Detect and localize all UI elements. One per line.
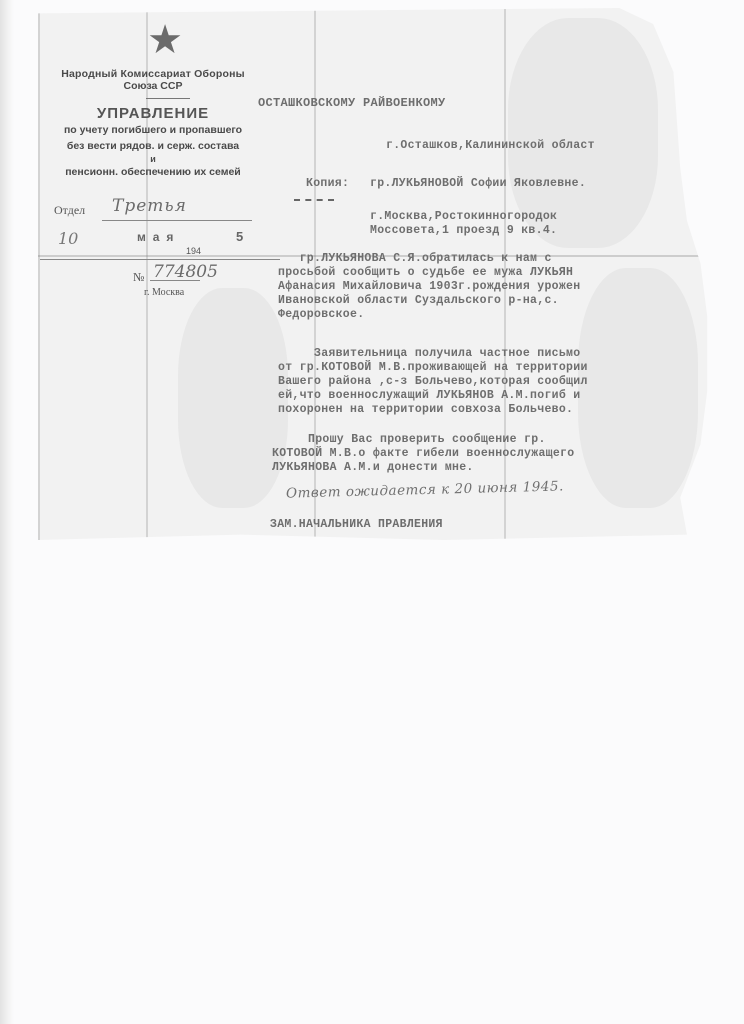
star-emblem-icon: ★ bbox=[72, 20, 258, 60]
text-line: Ивановской области Суздальского р-на,с. bbox=[278, 294, 559, 308]
date-month: мая bbox=[137, 230, 180, 244]
text-line: Вашего района ,с-з Больчево,которая сооб… bbox=[278, 375, 588, 389]
copy-address-1: г.Москва,Ростокинногородок bbox=[370, 210, 557, 224]
text-line: Афанасия Михайловича 1903г.рождения урож… bbox=[278, 280, 580, 294]
text-line: КОТОВОЙ М.В.о факте гибели военнослужаще… bbox=[272, 447, 574, 461]
text-line: гр.ЛУКЬЯНОВА С.Я.обратилась к нам с bbox=[278, 252, 552, 266]
text-line: Прошу Вас проверить сообщение гр. bbox=[272, 433, 546, 447]
date-year-suffix: 5 bbox=[236, 229, 243, 244]
text-line: Заявительница получила частное письмо bbox=[278, 347, 580, 361]
text-line: от гр.КОТОВОЙ М.В.проживающей на террито… bbox=[278, 361, 588, 375]
text-line: похоронен на территории совхоза Больчево… bbox=[278, 403, 573, 417]
stain bbox=[578, 268, 698, 508]
date-year-prefix: 194 bbox=[186, 246, 201, 256]
text-line: ЛУКЬЯНОВА А.М.и донести мне. bbox=[272, 461, 474, 475]
department-subtitle-conj: и bbox=[48, 154, 258, 164]
number-underline bbox=[150, 280, 200, 281]
stain bbox=[178, 288, 288, 508]
fold-line bbox=[38, 8, 40, 540]
letterhead: ★ Народный Комиссариат Обороны Союза ССР… bbox=[48, 20, 258, 180]
org-name: Народный Комиссариат Обороны bbox=[48, 68, 258, 80]
addressee-city: г.Осташков,Калининской област bbox=[386, 139, 595, 153]
department-subtitle-2: без вести рядов. и серж. состава bbox=[48, 138, 258, 154]
dept-underline bbox=[102, 220, 252, 221]
scan-edge bbox=[0, 0, 14, 1024]
divider bbox=[40, 259, 280, 260]
issuing-city: г. Москва bbox=[144, 287, 184, 298]
signature-line: ЗАМ.НАЧАЛЬНИКА ПРАВЛЕНИЯ bbox=[270, 518, 443, 532]
number-label: № bbox=[133, 270, 144, 285]
dept-label: Отдел bbox=[54, 203, 85, 218]
text-line: Федоровское. bbox=[278, 308, 364, 322]
copy-label: Копия: bbox=[306, 177, 349, 191]
department-title: УПРАВЛЕНИЕ bbox=[48, 105, 258, 122]
dept-value: Третья bbox=[112, 196, 187, 216]
divider bbox=[146, 98, 190, 99]
org-name-2: Союза ССР bbox=[48, 80, 258, 92]
text-line: ей,что военнослужащий ЛУКЬЯНОВ А.М.погиб… bbox=[278, 389, 580, 403]
text-line: просьбой сообщить о судьбе ее мужа ЛУКЬЯ… bbox=[278, 266, 573, 280]
department-subtitle-3: пенсионн. обеспечению их семей bbox=[48, 164, 258, 180]
copy-recipient: гр.ЛУКЬЯНОВОЙ Софии Яковлевне. bbox=[370, 177, 586, 191]
copy-underline bbox=[294, 199, 334, 202]
document-number: 774805 bbox=[153, 262, 218, 282]
addressee: ОСТАШКОВСКОМУ РАЙВОЕНКОМУ bbox=[258, 96, 446, 110]
date-day: 10 bbox=[58, 229, 78, 248]
department-subtitle-1: по учету погибшего и пропавшего bbox=[48, 122, 258, 138]
copy-address-2: Моссовета,1 проезд 9 кв.4. bbox=[370, 224, 557, 238]
